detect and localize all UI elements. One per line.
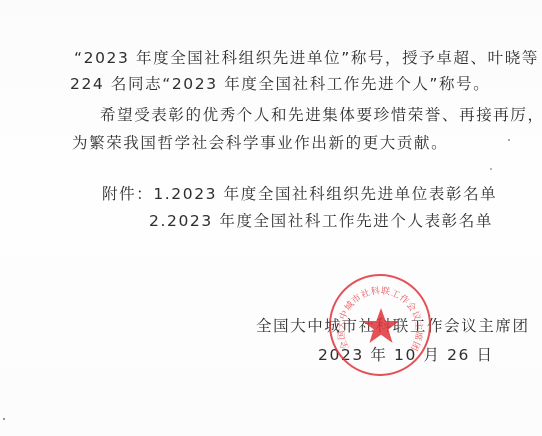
- attachment-item-1: 附件：1.2023 年度全国社科组织先进单位表彰名单: [102, 184, 497, 204]
- star-icon: [361, 306, 401, 346]
- paragraph-2-line-1: 希望受表彰的优秀个人和先进集体要珍惜荣誉、再接再厉，: [100, 105, 542, 125]
- attachment-label: 附件：: [102, 185, 153, 203]
- official-seal: 全国大中城市社科联工作会议主席团: [329, 274, 431, 376]
- attachment-item-2: 2.2023 年度全国社科工作先进个人表彰名单: [149, 211, 493, 231]
- scan-speck: [3, 418, 5, 420]
- paragraph-1-line-1: “2023 年度全国社科组织先进单位”称号，授予卓超、叶晓等: [74, 48, 539, 68]
- attachment-item-1-text: 1.2023 年度全国社科组织先进单位表彰名单: [153, 185, 497, 203]
- scanned-document-page: “2023 年度全国社科组织先进单位”称号，授予卓超、叶晓等 224 名同志“2…: [0, 0, 542, 436]
- paragraph-2-line-2: 为繁荣我国哲学社会科学事业作出新的更大贡献。: [72, 133, 448, 153]
- paragraph-1-line-2: 224 名同志“2023 年度全国社科工作先进个人”称号。: [70, 74, 490, 94]
- scan-speck: [490, 168, 492, 170]
- scan-speck: [508, 139, 510, 141]
